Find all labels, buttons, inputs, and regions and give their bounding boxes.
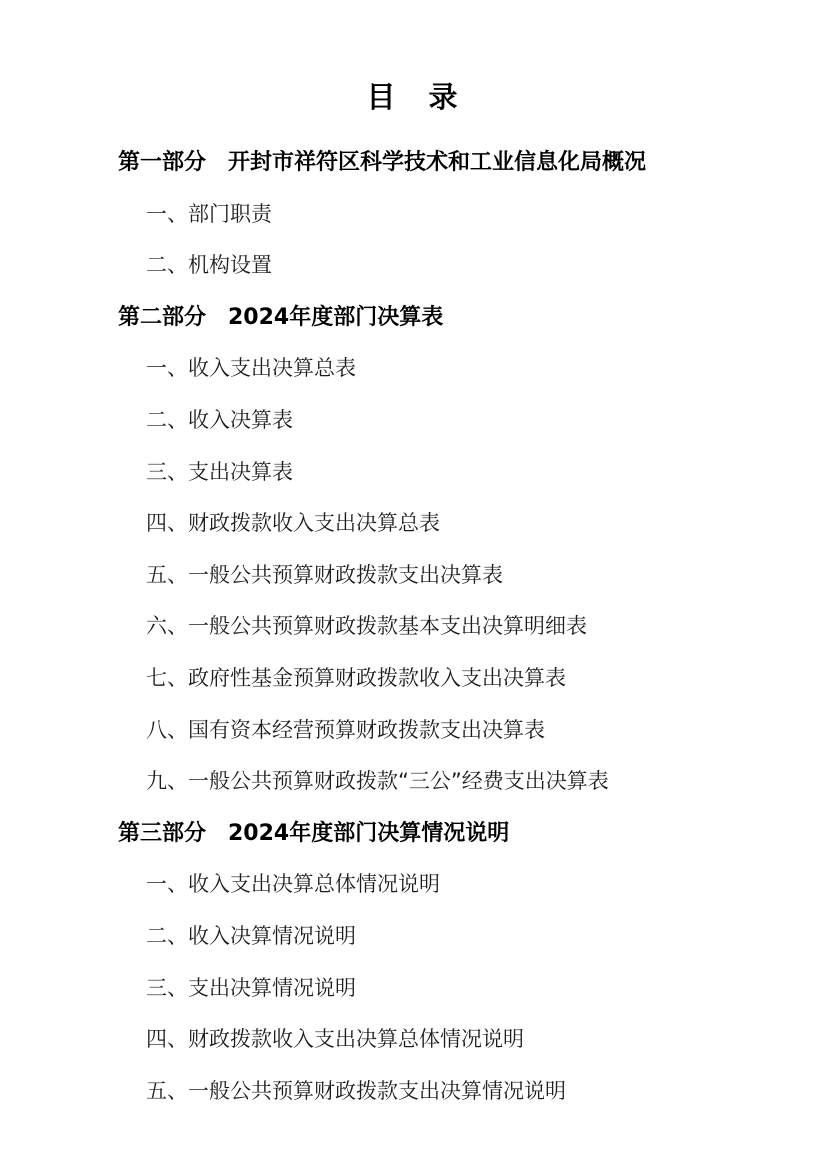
toc-item: 九、一般公共预算财政拨款“三公”经费支出决算表: [0, 768, 826, 820]
toc-item: 二、收入决算表: [0, 407, 826, 459]
toc-item: 二、收入决算情况说明: [0, 923, 826, 975]
toc-item: 五、一般公共预算财政拨款支出决算情况说明: [0, 1078, 826, 1130]
toc-item: 五、一般公共预算财政拨款支出决算表: [0, 562, 826, 614]
toc-item: 三、支出决算情况说明: [0, 975, 826, 1027]
toc-item: 七、政府性基金预算财政拨款收入支出决算表: [0, 665, 826, 717]
toc-item: 一、收入支出决算总表: [0, 355, 826, 407]
toc-item: 三、支出决算表: [0, 459, 826, 511]
document-page: 目 录 第一部分 开封市祥符区科学技术和工业信息化局概况 一、部门职责 二、机构…: [0, 0, 826, 1169]
toc-item: 一、收入支出决算总体情况说明: [0, 871, 826, 923]
toc-item: 四、财政拨款收入支出决算总体情况说明: [0, 1026, 826, 1078]
toc-item: 一、部门职责: [0, 201, 826, 253]
page-title: 目 录: [0, 80, 826, 114]
table-of-contents: 第一部分 开封市祥符区科学技术和工业信息化局概况 一、部门职责 二、机构设置 第…: [0, 149, 826, 1129]
toc-item: 四、财政拨款收入支出决算总表: [0, 510, 826, 562]
toc-section-3-heading: 第三部分 2024年度部门决算情况说明: [0, 820, 826, 872]
toc-item: 六、一般公共预算财政拨款基本支出决算明细表: [0, 613, 826, 665]
toc-section-2-heading: 第二部分 2024年度部门决算表: [0, 304, 826, 356]
toc-section-1-heading: 第一部分 开封市祥符区科学技术和工业信息化局概况: [0, 149, 826, 201]
toc-item: 八、国有资本经营预算财政拨款支出决算表: [0, 717, 826, 769]
toc-item: 二、机构设置: [0, 252, 826, 304]
